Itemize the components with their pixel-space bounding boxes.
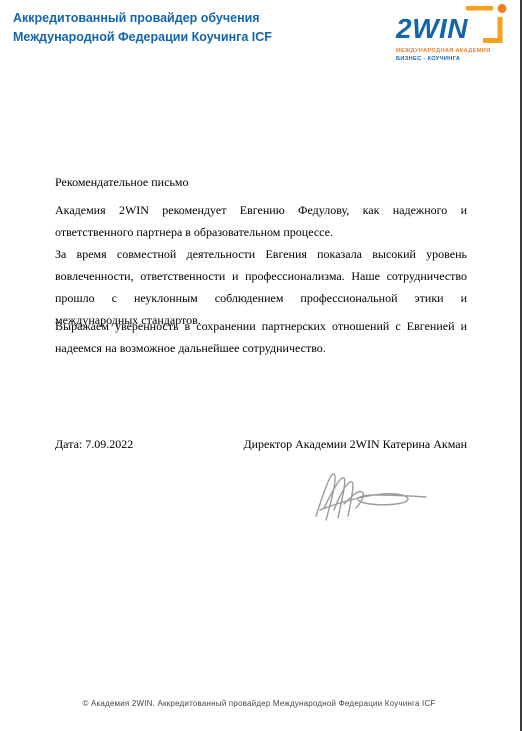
logo-subtitle-academy: МЕЖДУНАРОДНАЯ АКАДЕМИЯ: [396, 48, 512, 56]
accreditation-line-2: Международной Федерации Коучинга ICF: [13, 28, 272, 47]
letter-paragraph-1: Академия 2WIN рекомендует Евгению Федуло…: [55, 199, 467, 243]
logo-bracket-icon: [462, 4, 510, 46]
letter-title: Рекомендательное письмо: [55, 171, 467, 193]
2win-logo-mark: 2WIN: [396, 4, 512, 46]
date-signer-row: Дата: 7.09.2022 Директор Академии 2WIN К…: [55, 433, 467, 455]
2win-wordmark: 2WIN: [396, 15, 468, 43]
accreditation-line-1: Аккредитованный провайдер обучения: [13, 9, 272, 28]
footer-copyright: © Академия 2WIN. Аккредитованный провайд…: [0, 699, 518, 708]
2win-logo: 2WIN МЕЖДУНАРОДНАЯ АКАДЕМИЯ БИЗНЕС - КОУ…: [396, 4, 512, 63]
date-label: Дата: 7.09.2022: [55, 433, 133, 455]
signer-label: Директор Академии 2WIN Катерина Акман: [243, 433, 467, 455]
signature-scribble-icon: [300, 464, 428, 524]
letter-paragraph-3: Выражаем уверенность в сохранении партне…: [55, 315, 467, 359]
signature: [300, 464, 428, 524]
logo-subtitle-coaching: БИЗНЕС - КОУЧИНГА: [396, 56, 512, 64]
letter-page: Аккредитованный провайдер обучения Между…: [0, 0, 522, 731]
accreditation-header: Аккредитованный провайдер обучения Между…: [13, 9, 272, 47]
